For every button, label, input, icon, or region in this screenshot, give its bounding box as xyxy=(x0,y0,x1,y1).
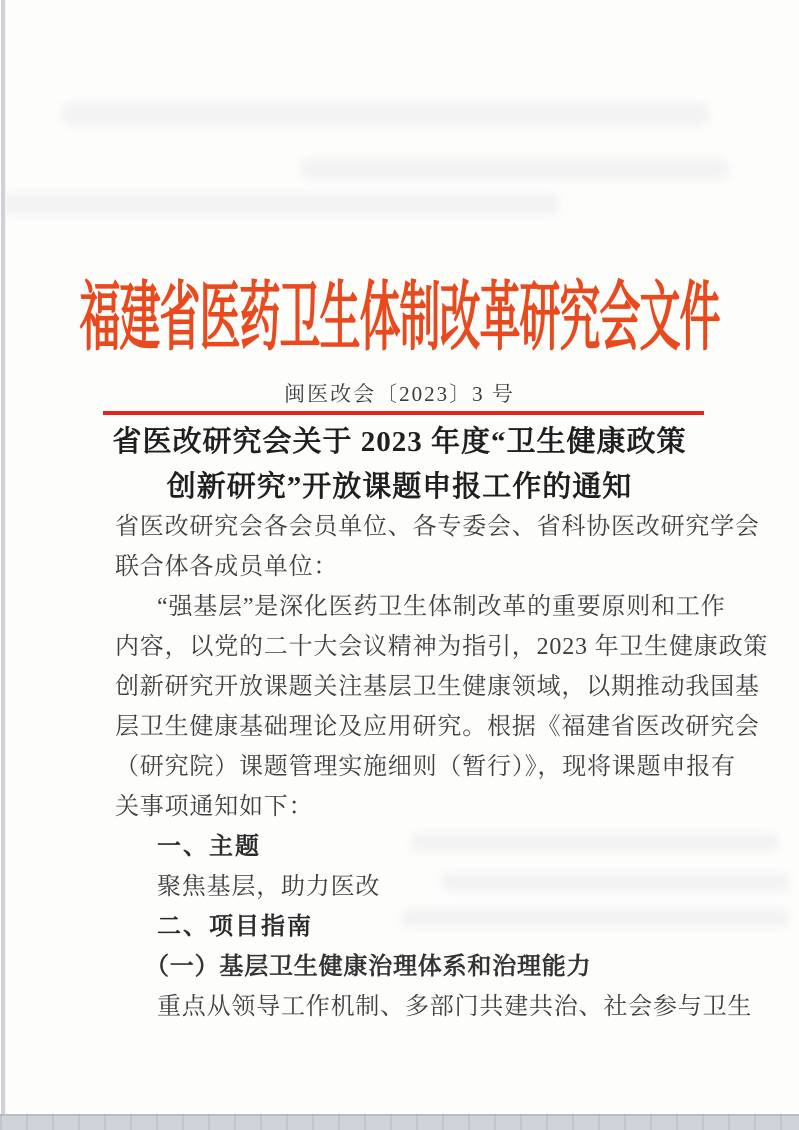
paragraph-line: 层卫生健康基础理论及应用研究。根据《福建省医改研究会 xyxy=(115,707,713,747)
paragraph-line: “强基层”是深化医药卫生体制改革的重要原则和工作 xyxy=(115,587,713,627)
letterhead-red-rule xyxy=(103,411,704,415)
section-heading-theme: 一、主题 xyxy=(115,827,713,867)
paragraph-line: 创新研究开放课题关注基层卫生健康领域，以期推动我国基 xyxy=(115,667,713,707)
section-text-theme: 聚焦基层，助力医改 xyxy=(115,867,713,907)
document-title-line2: 创新研究”开放课题申报工作的通知 xyxy=(50,465,749,510)
bleed-through-artifact xyxy=(300,158,730,180)
document-title: 省医改研究会关于 2023 年度“卫生健康政策 创新研究”开放课题申报工作的通知 xyxy=(50,420,749,510)
document-title-line1: 省医改研究会关于 2023 年度“卫生健康政策 xyxy=(50,420,749,465)
paragraph-line: 关事项通知如下： xyxy=(115,787,713,827)
subsection-heading: （一）基层卫生健康治理体系和治理能力 xyxy=(115,947,713,987)
document-number: 闽医改会〔2023〕3 号 xyxy=(0,378,799,408)
scan-edge-bottom xyxy=(0,1114,799,1130)
bleed-through-artifact xyxy=(60,102,710,126)
letterhead-org-title: 福建省医药卫生体制改革研究会文件 xyxy=(0,256,799,365)
bleed-through-artifact xyxy=(0,192,560,216)
salutation-line: 联合体各成员单位： xyxy=(115,547,713,587)
paragraph-line: （研究院）课题管理实施细则（暂行）》，现将课题申报有 xyxy=(115,747,713,787)
paragraph-line: 内容，以党的二十大会议精神为指引，2023 年卫生健康政策 xyxy=(115,627,713,667)
salutation-line: 省医改研究会各会员单位、各专委会、省科协医改研究学会 xyxy=(115,507,713,547)
section-heading-guide: 二、项目指南 xyxy=(115,907,713,947)
scanned-document-page: 福建省医药卫生体制改革研究会文件 闽医改会〔2023〕3 号 省医改研究会关于 … xyxy=(0,0,799,1130)
scan-edge-left xyxy=(0,0,6,1130)
paragraph-line: 重点从领导工作机制、多部门共建共治、社会参与卫生 xyxy=(115,987,713,1027)
document-body: 省医改研究会各会员单位、各专委会、省科协医改研究学会 联合体各成员单位： “强基… xyxy=(115,507,713,1027)
